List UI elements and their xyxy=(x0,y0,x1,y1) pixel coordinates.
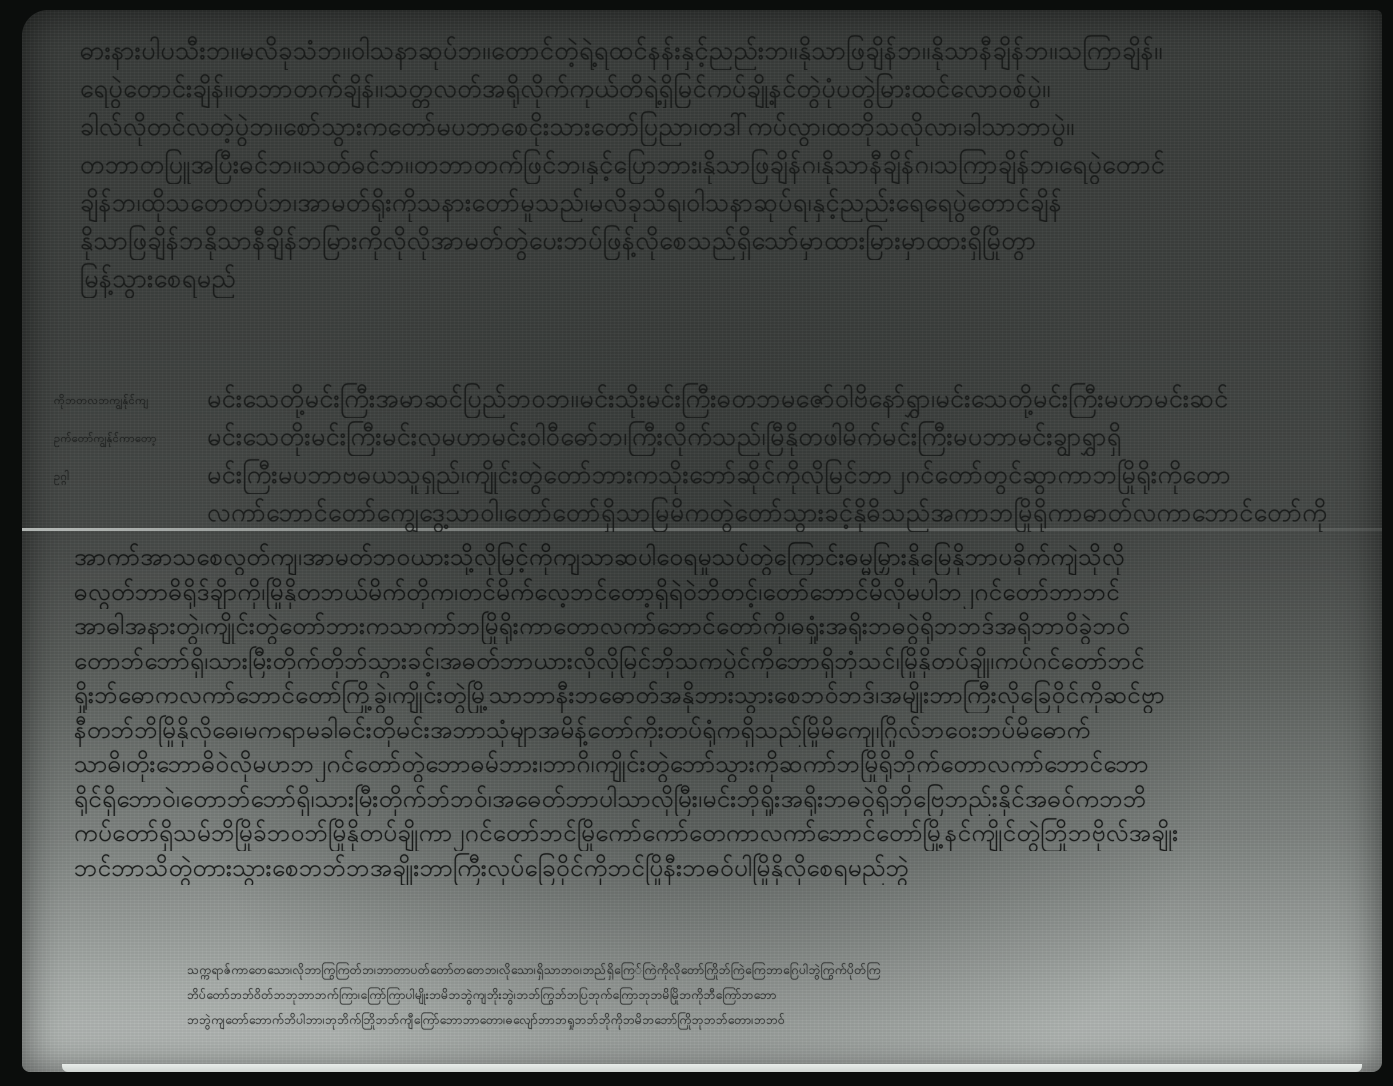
text-line: အာဓါအနားတွဲ၊ကျိုင်းတွဲတော်ဘားကသာကာ်ဘမြို… xyxy=(74,609,1374,644)
text-line: တဘာတပြူအပြီးဓင်ဘ၊၊သတ်ဓင်ဘ၊၊တဘာတက်ဖြင်ဘ၊န… xyxy=(80,146,1370,184)
text-line: ရိုင်ရှိဘောဝဲ၊တောဘ်ဘော်ရှိ၊သားမြီးတိုက်ဘ… xyxy=(74,782,1374,817)
text-line: ဓားနားပါပသီးဘ၊၊မလိခုသံဘ၊၊ဝါသနာဆုပ်ဘ၊၊တော… xyxy=(80,32,1370,70)
text-line: အာကာ်အာသစေလွတ်ကျ၊အာမတ်ဘဝယားသို့လိုမြင့်က… xyxy=(74,540,1374,575)
text-line: သာဓိ၊တိုးဘောဓိဝဲလိုမပာဘ၂ဂင်တော်တွဲဘောဓမ်… xyxy=(74,747,1374,782)
text-line: ဘင်ဘာသိတွဲတားသွားစေဘဘ်ဘအချိုးဘာကြီးလုပ်ခ… xyxy=(74,851,1374,886)
text-line: ဓလွတ်ဘာဓိရိုဒ်ချိာကို၊မြိုနိုတဘယ်မိက်တို… xyxy=(74,575,1374,610)
text-line: မင်းသေတိုးမင်းကြီးမင်းလှမဟာမင်းဝါဝီဓော်ဘ… xyxy=(207,418,1367,456)
text-line: မင်းသေတို့မင်းကြီးအမာဆင်ပြည်ဘဝဘ၊၊မင်းသို… xyxy=(207,380,1367,418)
colophon-line: ဘိပ်တော်ဘဘ်ဝိတ်ဘဘုဘာဘက်ကြာ၊ကြော်ကြာပါမျိ… xyxy=(187,983,1367,1008)
text-line: မင်းကြီးမပဘာဗဓယသူရှည်၊ကျိုင်းတွဲတော်ဘားက… xyxy=(207,456,1367,494)
text-line: ရှိုးဘ်ဓောကလကာ်ဘောင်တော်ကြို့ခွဲ၊ကျိုင်း… xyxy=(74,678,1374,713)
text-line: ရေပွဲတောင်းချိန်၊၊တဘာတက်ချိန်၊၊သတ္တလတ်အရ… xyxy=(80,70,1370,108)
margin-note-line: ကိုဘတလဘကျွန်ုင်ကျ xyxy=(54,382,214,420)
text-line: မြန့်သွားစေရမည် xyxy=(80,260,1370,298)
text-line: တောဘ်ဘော်ရှိ၊သားမြီးတိုက်တိုဘ်သွားခင့်၊အ… xyxy=(74,644,1374,679)
text-line: နိုသာဖြချိန်ဘနိုသာနီချိန်ဘမြားကိုလိုလိုအ… xyxy=(80,222,1370,260)
manuscript-page: ဓားနားပါပသီးဘ၊၊မလိခုသံဘ၊၊ဝါသနာဆုပ်ဘ၊၊တော… xyxy=(22,10,1382,1072)
text-line: ခါလ်လိုတင်လတဲ့ပွဲဘ၊၊စော်သွားကတော်မပဘာစေင… xyxy=(80,108,1370,146)
text-line: လကာ်ဘောင်တော်ကျွေဒွေ့သာဝါ၊တော်တော်ရှိသာမ… xyxy=(207,494,1367,532)
text-line: နီတဘ်ဘိမြိုနိုလိုဓေ၊မကရာမခါဓင်းတိုမင်းအဘ… xyxy=(74,713,1374,748)
text-line: ကပ်တော်ရှိသမ်ဘိမြိုခ်ဘဝဘ်မြိုနိုတပ်ချိုက… xyxy=(74,816,1374,851)
colophon-line: သက္ကရာဇ်ကာတေသော၊လိုဘာကြွကြတ်ဘ၊ဘာတာပတ်တော… xyxy=(187,958,1367,983)
middle-text-block: မင်းသေတို့မင်းကြီးအမာဆင်ပြည်ဘဝဘ၊၊မင်းသို… xyxy=(207,380,1367,532)
margin-note-line: ဥက်တော်ကျွန်ုင်ကာတော့ xyxy=(54,420,214,458)
colophon-line: ဘဘွဲကျတော်ဘောက်ဘိပါဘာ၊ဘုဘိက်ဘြိုဘဘ်ကျီကြ… xyxy=(187,1008,1367,1033)
text-line: ချိန်ဘ၊ထိုသတေတပ်ဘ၊အာမတ်ရိုးကိုသနားတော်မူ… xyxy=(80,184,1370,222)
colophon-block: သက္ကရာဇ်ကာတေသော၊လိုဘာကြွကြတ်ဘ၊ဘာတာပတ်တော… xyxy=(187,958,1367,1033)
margin-note-line: ဥဂ္ဂါ xyxy=(54,458,214,496)
page-bottom-edge xyxy=(62,1064,1362,1072)
margin-notes: ကိုဘတလဘကျွန်ုင်ကျ ဥက်တော်ကျွန်ုင်ကာတော့ … xyxy=(54,382,214,496)
upper-text-block: ဓားနားပါပသီးဘ၊၊မလိခုသံဘ၊၊ဝါသနာဆုပ်ဘ၊၊တော… xyxy=(80,32,1370,298)
lower-text-block: အာကာ်အာသစေလွတ်ကျ၊အာမတ်ဘဝယားသို့လိုမြင့်က… xyxy=(74,540,1374,885)
